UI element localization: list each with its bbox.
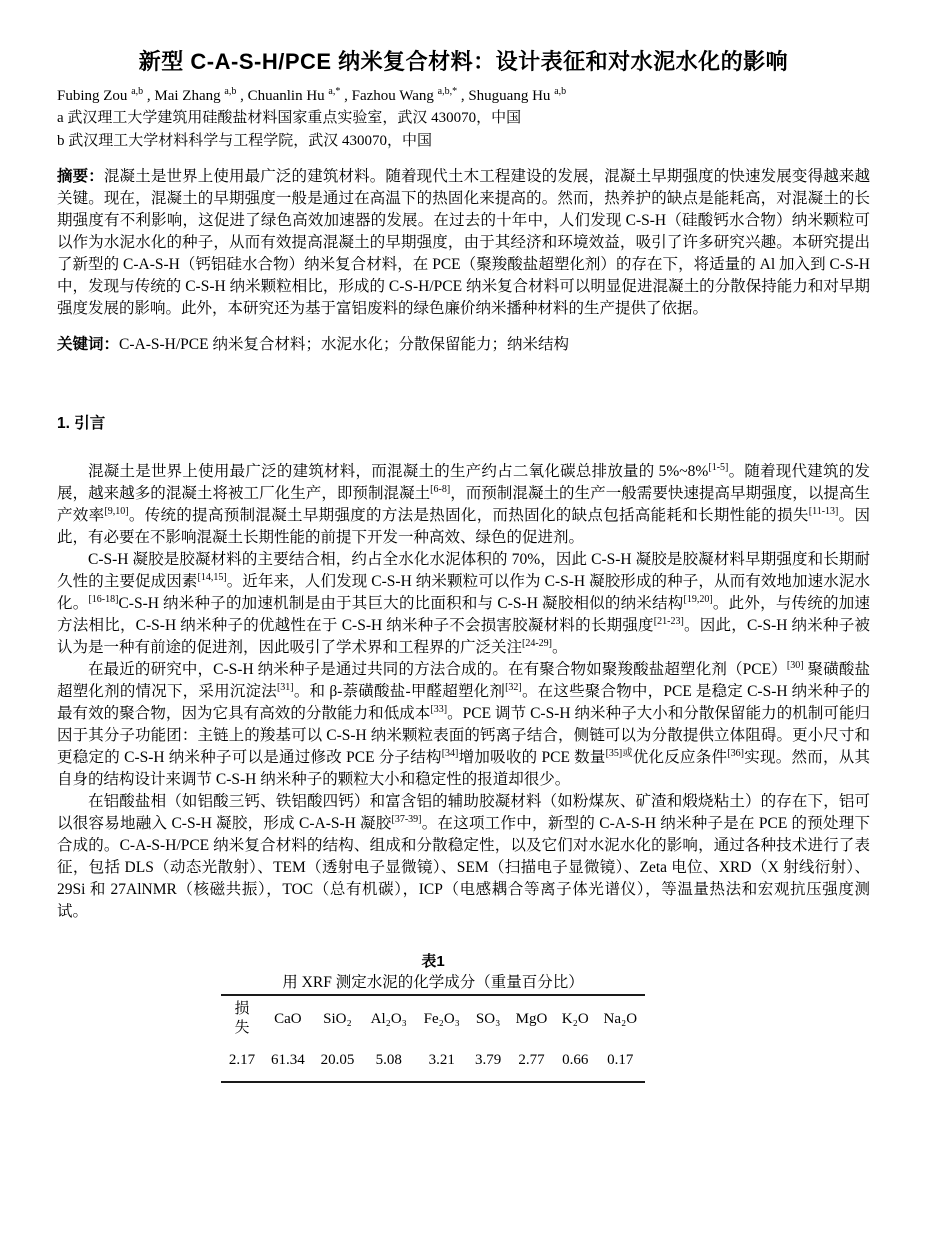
affiliation-b: b 武汉理工大学材料科学与工程学院，武汉 430070，中国 — [57, 130, 870, 153]
table1: 损失 CaO SiO₂ Al₂O₃ Fe₂O₃ SO₃ MgO K₂O Na₂O… — [221, 994, 645, 1083]
keywords-text: C-A-S-H/PCE 纳米复合材料；水泥水化；分散保留能力；纳米结构 — [119, 336, 569, 353]
table1-value-k2o: 0.66 — [555, 1042, 596, 1082]
table1-value-sio2: 20.05 — [313, 1042, 363, 1082]
table1-value-so3: 3.79 — [468, 1042, 508, 1082]
table1-block: 表1 用 XRF 测定水泥的化学成分（重量百分比） 损失 CaO SiO₂ Al… — [221, 951, 645, 1083]
authors-line: Fubing Zou a,b , Mai Zhang a,b , Chuanli… — [57, 86, 870, 107]
table1-caption: 用 XRF 测定水泥的化学成分（重量百分比） — [221, 972, 645, 993]
keywords-line: 关键词：C-A-S-H/PCE 纳米复合材料；水泥水化；分散保留能力；纳米结构 — [57, 334, 870, 356]
keywords-label: 关键词： — [57, 336, 119, 353]
table1-value-fe2o3: 3.21 — [415, 1042, 468, 1082]
table1-header-k2o: K₂O — [555, 995, 596, 1042]
table1-header-loss: 损失 — [221, 995, 263, 1042]
abstract-label: 摘要： — [57, 168, 104, 185]
table1-value-loss: 2.17 — [221, 1042, 263, 1082]
table1-value-mgo: 2.77 — [508, 1042, 555, 1082]
table1-number: 表1 — [221, 951, 645, 972]
table1-value-na2o: 0.17 — [596, 1042, 645, 1082]
affiliation-a: a 武汉理工大学建筑用硅酸盐材料国家重点实验室，武汉 430070，中国 — [57, 107, 870, 130]
table1-header-fe2o3: Fe₂O₃ — [415, 995, 468, 1042]
abstract-text: 混凝土是世界上使用最广泛的建筑材料。随着现代土木工程建设的发展，混凝土早期强度的… — [57, 168, 870, 317]
section-1-heading: 1. 引言 — [57, 413, 870, 435]
intro-paragraph-2: C-S-H 凝胶是胶凝材料的主要结合相，约占全水化水泥体积的 70%，因此 C-… — [57, 549, 870, 659]
paper-title: 新型 C-A-S-H/PCE 纳米复合材料：设计表征和对水泥水化的影响 — [57, 46, 870, 77]
table1-header-mgo: MgO — [508, 995, 555, 1042]
intro-paragraph-3: 在最近的研究中，C-S-H 纳米种子是通过共同的方法合成的。在有聚合物如聚羧酸盐… — [57, 659, 870, 791]
table1-header-sio2: SiO₂ — [313, 995, 363, 1042]
table1-header-cao: CaO — [263, 995, 313, 1042]
abstract-paragraph: 摘要：混凝土是世界上使用最广泛的建筑材料。随着现代土木工程建设的发展，混凝土早期… — [57, 166, 870, 320]
table1-header-row: 损失 CaO SiO₂ Al₂O₃ Fe₂O₃ SO₃ MgO K₂O Na₂O — [221, 995, 645, 1042]
table1-value-al2o3: 5.08 — [362, 1042, 415, 1082]
table1-header-na2o: Na₂O — [596, 995, 645, 1042]
table1-header-al2o3: Al₂O₃ — [362, 995, 415, 1042]
intro-paragraph-1: 混凝土是世界上使用最广泛的建筑材料，而混凝土的生产约占二氧化碳总排放量的 5%~… — [57, 461, 870, 549]
table1-value-cao: 61.34 — [263, 1042, 313, 1082]
table1-data-row: 2.17 61.34 20.05 5.08 3.21 3.79 2.77 0.6… — [221, 1042, 645, 1082]
intro-paragraph-4: 在铝酸盐相（如铝酸三钙、铁铝酸四钙）和富含铝的辅助胶凝材料（如粉煤灰、矿渣和煅烧… — [57, 791, 870, 923]
table1-header-so3: SO₃ — [468, 995, 508, 1042]
paper-page: 新型 C-A-S-H/PCE 纳米复合材料：设计表征和对水泥水化的影响 Fubi… — [0, 0, 927, 1083]
